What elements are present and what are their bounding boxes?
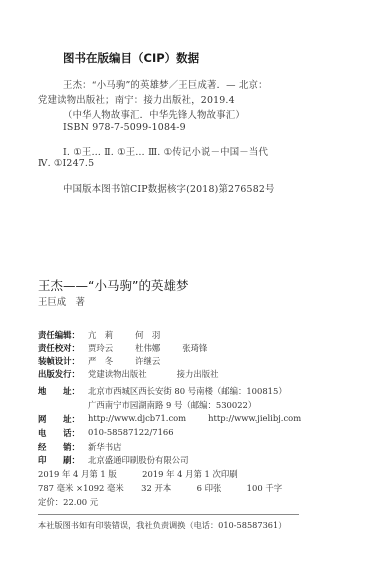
distributor-name: 新华书店: [88, 441, 122, 453]
credit-name: 党建读物出版社: [88, 368, 147, 380]
price: 定价：22.00 元: [38, 496, 98, 508]
address-line-1: 北京市西城区西长安街 80 号南楼（邮编：100815）: [88, 385, 287, 397]
credit-name: 严 冬: [88, 355, 113, 367]
credit-label: 装帧设计：: [38, 355, 88, 367]
credit-label: 印 刷：: [38, 454, 88, 466]
phone-number: 010-58587122/7166: [88, 427, 174, 439]
word-count: 100 千字: [247, 483, 282, 493]
format-row: 787 毫米 ×1092 毫米 32 开本 6 印张 100 千字: [38, 482, 282, 494]
credit-label: 网 址：: [38, 413, 88, 425]
book-title: 王杰——“小马驹”的英雄梦: [38, 276, 188, 294]
credit-address: 地 址： 北京市西城区西长安街 80 号南楼（邮编：100815）: [38, 385, 287, 397]
cip-library-record: 中国版本图书馆CIP数据核字(2018)第276582号: [63, 181, 275, 195]
credit-printer: 印 刷： 北京盛通印刷股份有限公司: [38, 454, 189, 466]
credit-website: 网 址： http://www.djcb71.com http://www.ji…: [38, 413, 301, 425]
credit-phone: 电 话： 010-58587122/7166: [38, 427, 174, 439]
folio: 32 开本: [141, 483, 171, 493]
credit-label: 出版发行：: [38, 368, 88, 380]
book-author: 王巨成 著: [38, 294, 85, 308]
credit-name: 亢 莉: [88, 329, 113, 341]
credit-name: 接力出版社: [177, 368, 219, 380]
cip-line-1: 王杰：“小马驹”的英雄梦／王巨成著．— 北京：: [63, 77, 268, 91]
cip-classification-2: Ⅳ. ①I247.5: [38, 158, 94, 169]
divider: [38, 514, 299, 515]
cip-line-2: 党建读物出版社；南宁：接力出版社，2019.4: [38, 92, 235, 106]
credit-label: 电 话：: [38, 427, 88, 439]
credit-name: 何 羽: [135, 329, 160, 341]
credit-label: 经 销：: [38, 441, 88, 453]
credit-label: 责任校对：: [38, 342, 88, 354]
edition-row: 2019 年 4 月第 1 版 2019 年 4 月第 1 次印刷: [38, 468, 238, 480]
credit-label: 地 址：: [38, 385, 88, 397]
footer-notice: 本社版图书如有印装错误，我社负责调换（电话：010-58587361）: [38, 520, 286, 531]
credit-name: 贾玲云: [88, 342, 113, 354]
credit-publishers: 出版发行： 党建读物出版社 接力出版社: [38, 368, 219, 380]
cip-line-3: （中华人物故事汇．中华先锋人物故事汇）: [63, 107, 245, 121]
cip-isbn: ISBN 978-7-5099-1084-9: [63, 122, 186, 133]
edition-text: 2019 年 4 月第 1 版: [38, 469, 117, 479]
credit-name: 杜伟娜: [135, 342, 160, 354]
paper-size: 787 毫米 ×1092 毫米: [38, 483, 124, 493]
credit-label: 责任编辑：: [38, 329, 88, 341]
website-link[interactable]: http://www.jielibj.com: [208, 413, 301, 425]
address-line-2: 广西南宁市园湖南路 9 号（邮编：530022）: [88, 399, 256, 411]
credit-designers: 装帧设计： 严 冬 许继云: [38, 355, 160, 367]
printer-name: 北京盛通印刷股份有限公司: [88, 454, 189, 466]
credit-name: 张琦锋: [182, 342, 207, 354]
website-link[interactable]: http://www.djcb71.com: [88, 413, 186, 425]
credit-editors: 责任编辑： 亢 莉 何 羽: [38, 329, 160, 341]
print-text: 2019 年 4 月第 1 次印刷: [142, 469, 238, 479]
credit-address-2: 广西南宁市园湖南路 9 号（邮编：530022）: [38, 399, 256, 411]
sheets: 6 印张: [197, 483, 222, 493]
credit-distributor: 经 销： 新华书店: [38, 441, 122, 453]
cip-heading: 图书在版编目（CIP）数据: [63, 50, 199, 66]
credit-proofreaders: 责任校对： 贾玲云 杜伟娜 张琦锋: [38, 342, 207, 354]
credit-name: 许继云: [135, 355, 160, 367]
cip-classification-1: Ⅰ. ①王… Ⅱ. ①王… Ⅲ. ①传记小说－中国－当代: [63, 144, 268, 158]
